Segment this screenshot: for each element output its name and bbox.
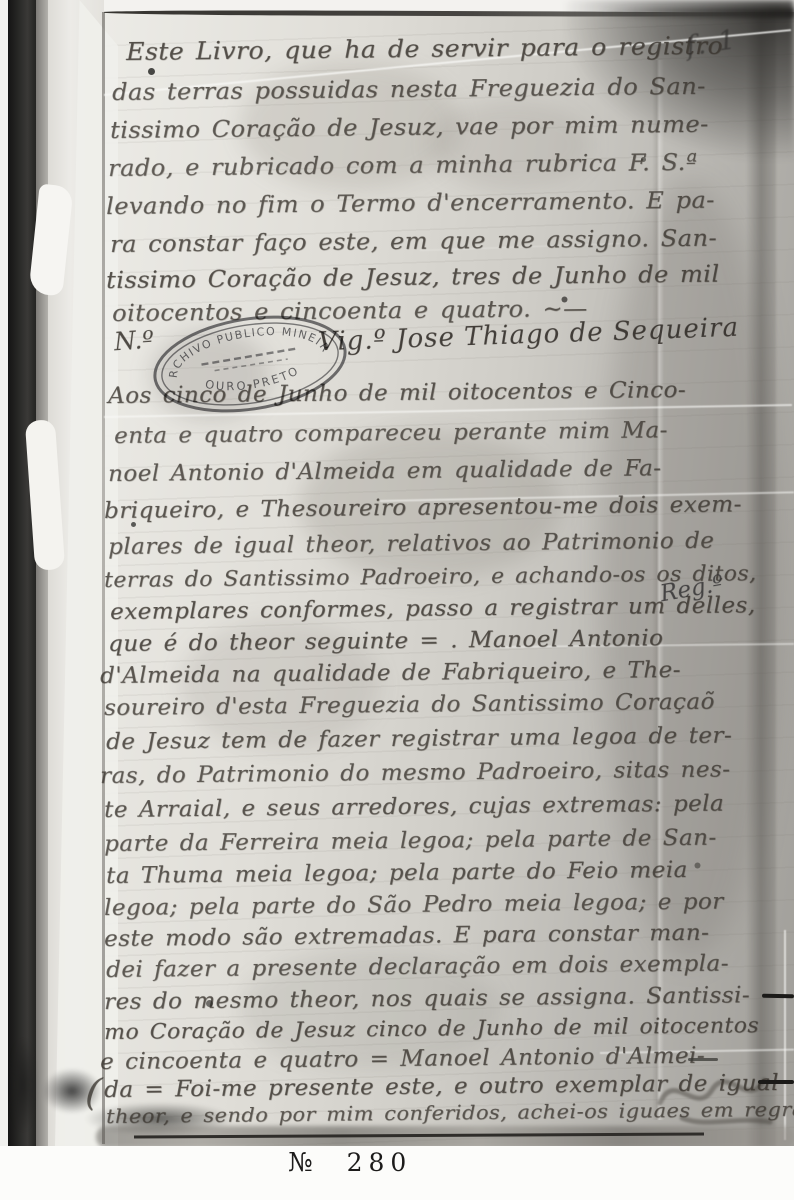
manuscript-line: d'Almeida na qualidade de Fabriqueiro, e… [100, 660, 681, 688]
manuscript-line: legoa; pela parte do São Pedro meia lego… [104, 892, 724, 920]
manuscript-line: parte da Ferreira meia legoa; pela parte… [104, 828, 717, 856]
manuscript-line: este modo são extremadas. E para constar… [104, 923, 709, 951]
margin-flourish: ( [83, 1069, 104, 1115]
scanned-document-page: Este Livro, que ha de servir para o regi… [0, 0, 794, 1200]
page-number: 280 [347, 1148, 413, 1177]
manuscript-line: plares de igual theor, relativos ao Patr… [108, 531, 714, 559]
manuscript-line: res do mesmo theor, nos quais se assigna… [104, 985, 750, 1014]
stamp-arc-bottom-text: OURO PRETO [202, 362, 303, 399]
manuscript-line: levando no fim o Termo d'encerramento. E… [106, 190, 715, 219]
manuscript-line: noel Antonio d'Almeida em qualidade de F… [108, 458, 662, 486]
manuscript-line: tissimo Coração de Jesuz, tres de Junho … [106, 264, 720, 293]
manuscript-line: dei fazer a presente declaração em dois … [106, 953, 729, 982]
margin-ink-tick [758, 1080, 794, 1084]
manuscript-line: theor, e sendo por mim conferidos, achei… [106, 1099, 794, 1126]
manuscript-line: mo Coração de Jesuz cinco de Junho de mi… [104, 1015, 759, 1043]
manuscript-line: rado, e rubricado com a minha rubrica F.… [108, 152, 698, 181]
numero-label: № [288, 1148, 313, 1178]
manuscript-line: de Jesuz tem de fazer registrar uma lego… [106, 725, 732, 754]
margin-ink-tick [762, 994, 794, 999]
manuscript-line: exemplares conformes, passo a registrar … [110, 595, 756, 624]
manuscript-line: das terras possuidas nesta Freguezia do … [112, 76, 706, 105]
manuscript-line: enta e quatro compareceu perante mim Ma- [114, 420, 668, 448]
svg-text:OURO PRETO: OURO PRETO [202, 362, 303, 399]
manuscript-line: briqueiro, e Thesoureiro apresentou-me d… [104, 494, 742, 523]
manuscript-line: Este Livro, que ha de servir para o regi… [126, 34, 723, 64]
manuscript-line: ras, do Patrimonio do mesmo Padroeiro, s… [100, 759, 731, 788]
stamp-center-rule [201, 348, 298, 364]
ink-specks [0, 0, 3, 3]
manuscript-line: que é do theor seguinte = . Manoel Anton… [108, 628, 664, 656]
manuscript-line: ta Thuma meia legoa; pela parte do Feio … [106, 860, 688, 888]
page-number-footer: № 280 [288, 1148, 412, 1178]
margin-ink-dash [688, 1058, 718, 1061]
folio-mark: f. 1 [684, 25, 739, 63]
manuscript-line: te Arraial, e seus arredores, cujas extr… [104, 794, 724, 822]
manuscript-line: tissimo Coração de Jesuz, vae por mim nu… [110, 114, 709, 143]
manuscript-line: soureiro d'esta Freguezia do Santissimo … [104, 692, 715, 720]
manuscript-line: e cincoenta e quatro = Manoel Antonio d'… [100, 1046, 705, 1074]
manuscript-text-block: Este Livro, que ha de servir para o regi… [0, 0, 794, 1200]
manuscript-line: ra constar faço este, em que me assigno.… [110, 228, 717, 257]
